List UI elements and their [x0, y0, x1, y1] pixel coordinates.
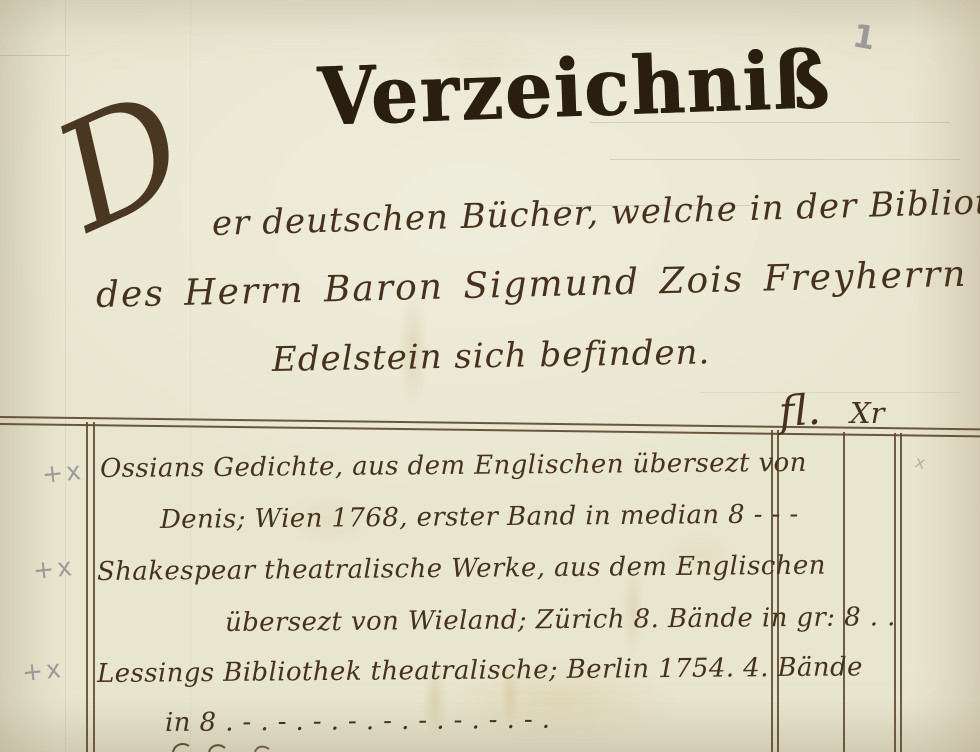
- ghost-line: [0, 55, 70, 56]
- entry-1-line-1: Ossians Gedichte, aus dem Englischen übe…: [100, 449, 807, 484]
- entry-1-line-2: Denis; Wien 1768, erster Band in median …: [160, 500, 799, 534]
- row-mark-pencil: +x: [21, 654, 66, 687]
- page-number: 1: [850, 16, 879, 57]
- manuscript-page: 1 Verzeichniß D er deutschen Bücher, wel…: [0, 0, 980, 752]
- subtitle-line-2: des Herrn Baron Sigmund Zois Freyherrn v…: [96, 252, 980, 315]
- table-left-rule-inner: [93, 422, 95, 752]
- fl-column-rule-inner: [777, 430, 779, 752]
- page-title: Verzeichniß: [316, 37, 832, 143]
- column-header-kreuzer: Xr: [850, 398, 885, 430]
- xr-column-rule-inner: [900, 433, 902, 752]
- table-top-rule-inner: [0, 423, 980, 437]
- fl-column-rule-outer: [771, 430, 773, 752]
- subtitle-line-1: er deutschen Bücher, welche in der Bibli…: [211, 182, 980, 243]
- stray-pencil-mark: x: [913, 452, 928, 474]
- column-header-florin: fl.: [777, 387, 821, 436]
- row-mark-pencil: +x: [32, 552, 77, 585]
- table-top-rule-outer: [0, 416, 980, 430]
- ornamental-initial-d: D: [37, 70, 206, 253]
- ghost-line: [610, 159, 960, 160]
- row-mark-pencil: +x: [41, 456, 86, 489]
- ghost-line: [700, 392, 960, 393]
- entry-2-line-2: übersezt von Wieland; Zürich 8. Bände in…: [225, 603, 896, 637]
- subtitle-line-3: Edelstein sich befinden.: [272, 334, 711, 379]
- entry-3-line-1: Lessings Bibliothek theatralische; Berli…: [97, 653, 863, 688]
- fl-xr-divider-rule: [843, 432, 845, 752]
- entry-3-line-2: in 8 . - . - . - . - . - . - . - . - . -…: [165, 706, 551, 738]
- fold-line: [190, 0, 191, 752]
- xr-column-rule-outer: [894, 433, 896, 752]
- entry-2-line-1: Shakespear theatralische Werke, aus dem …: [97, 552, 826, 587]
- cut-off-next-entry-strokes: [165, 740, 315, 752]
- table-left-rule-outer: [86, 422, 88, 752]
